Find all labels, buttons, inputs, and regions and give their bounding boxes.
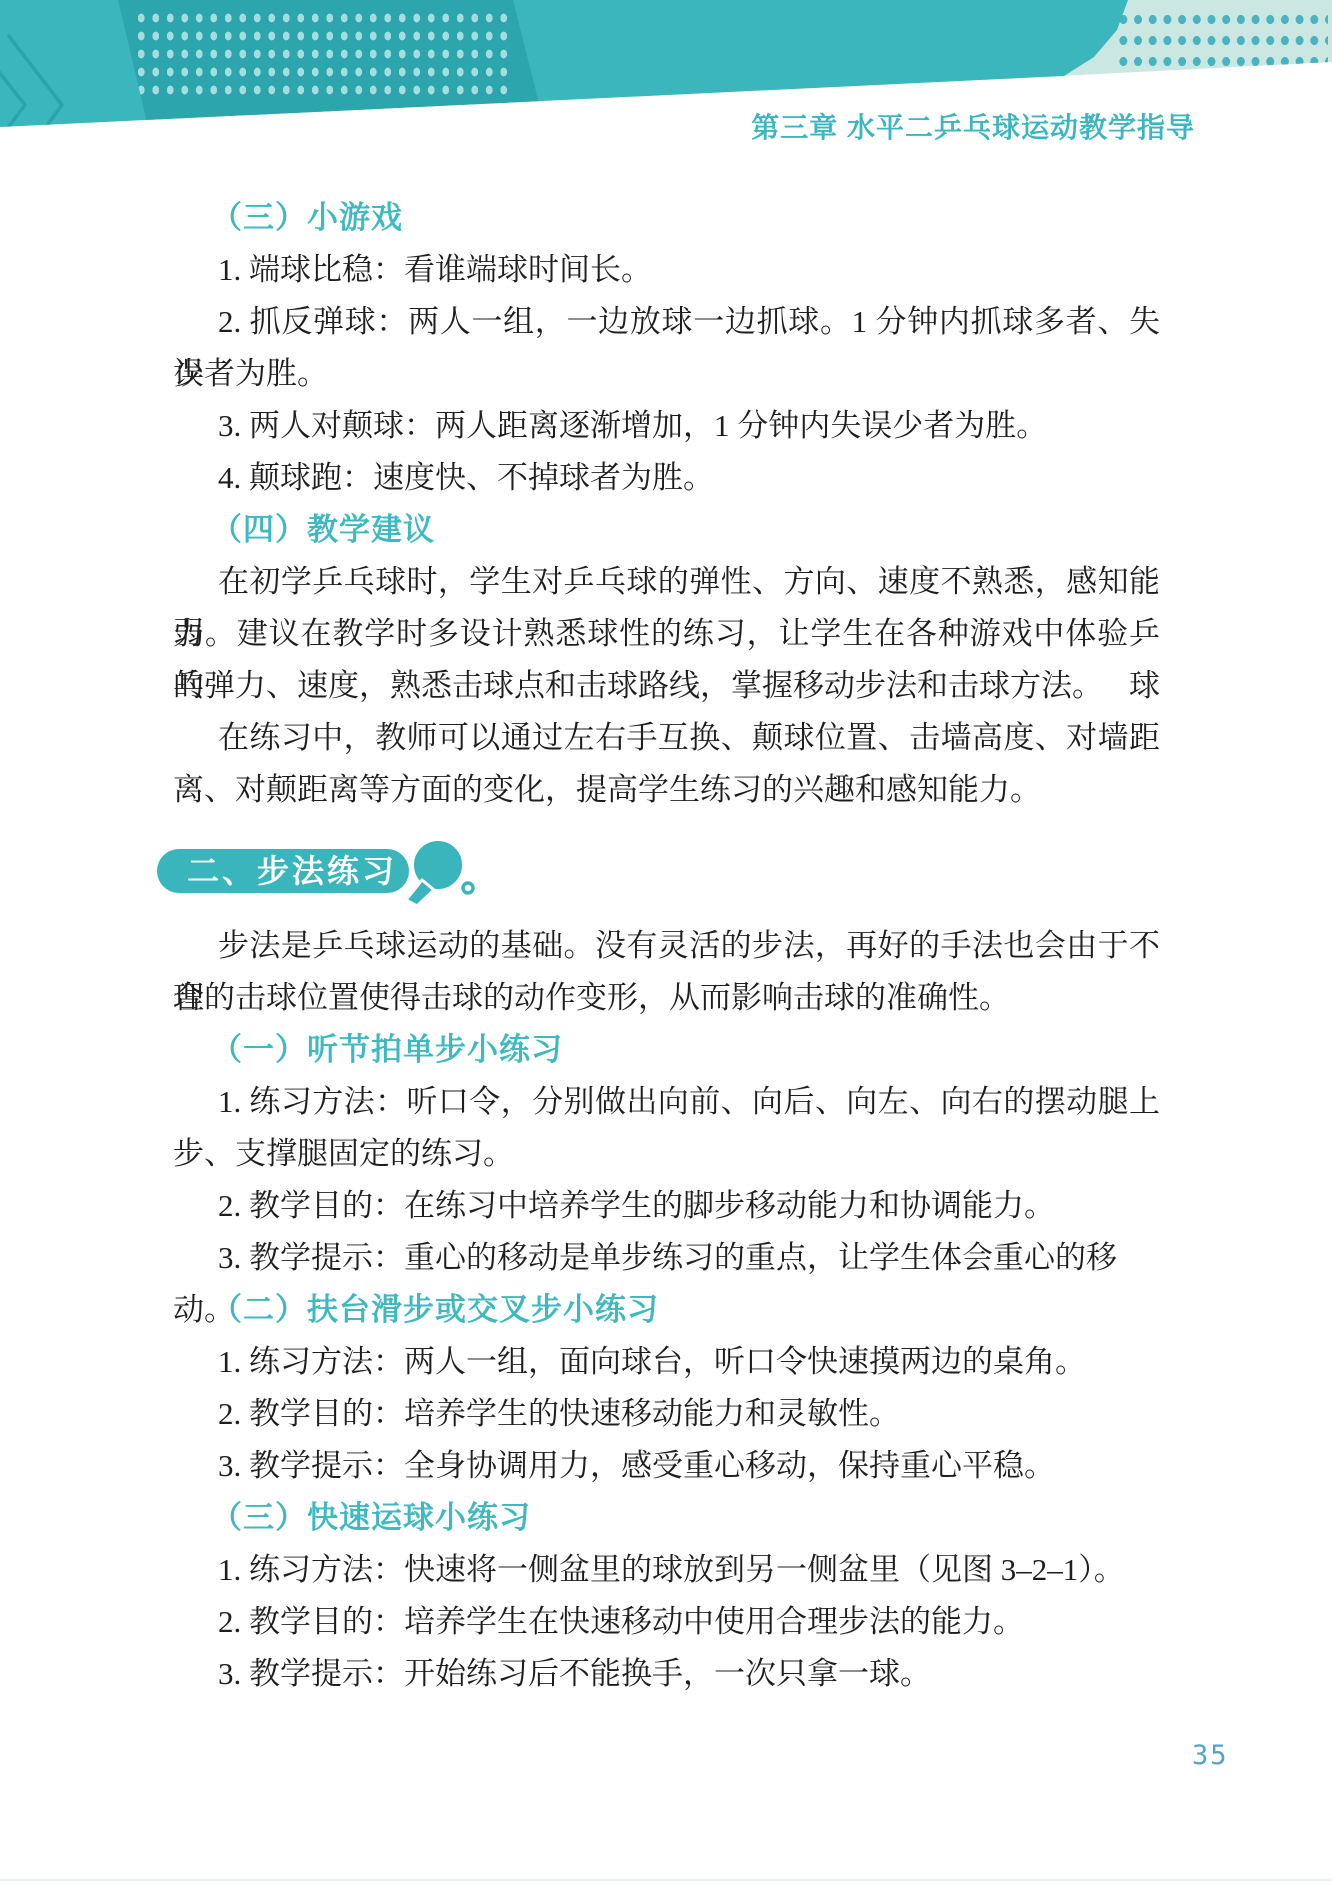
- content-section-bottom: 步法是乒乓球运动的基础。没有灵活的步法，再好的手法也会由于不合理的击球位置使得击…: [173, 920, 1160, 1700]
- text-line: 在初学乒乓球时，学生对乒乓球的弹性、方向、速度不熟悉，感知能力: [173, 556, 1160, 608]
- text-line: 少者为胜。: [173, 348, 1160, 400]
- chapter-title: 第三章 水平二乒乓球运动教学指导: [751, 108, 1195, 148]
- text-line: 理的击球位置使得击球的动作变形，从而影响击球的准确性。: [173, 972, 1160, 1024]
- text-line: 2. 教学目的：培养学生的快速移动能力和灵敏性。: [173, 1388, 1160, 1440]
- section-heading: （一）听节拍单步小练习: [173, 1024, 1160, 1076]
- dot-pattern-left: [110, 0, 555, 135]
- text-line: 3. 两人对颠球：两人距离逐渐增加，1 分钟内失误少者为胜。: [173, 400, 1160, 452]
- text-line: 步法是乒乓球运动的基础。没有灵活的步法，再好的手法也会由于不合: [173, 920, 1160, 972]
- text-line: 弱。建议在教学时多设计熟悉球性的练习，让学生在各种游戏中体验乒乓球: [173, 608, 1160, 660]
- page: 第三章 水平二乒乓球运动教学指导 （三）小游戏1. 端球比稳：看谁端球时间长。2…: [0, 0, 1332, 1885]
- text-line: 离、对颠距离等方面的变化，提高学生练习的兴趣和感知能力。: [173, 764, 1160, 816]
- section-banner-title: 二、步法练习: [157, 849, 409, 894]
- ping-pong-paddle-icon: [398, 838, 490, 908]
- page-number: 35: [1192, 1740, 1229, 1771]
- text-line: 3. 教学提示：重心的移动是单步练习的重点，让学生体会重心的移动。: [173, 1232, 1160, 1284]
- section-heading: （三）小游戏: [173, 192, 1160, 244]
- section-heading: （二）扶台滑步或交叉步小练习: [173, 1284, 1160, 1336]
- text-line: 2. 抓反弹球：两人一组，一边放球一边抓球。1 分钟内抓球多者、失误: [173, 296, 1160, 348]
- content-section-top: （三）小游戏1. 端球比稳：看谁端球时间长。2. 抓反弹球：两人一组，一边放球一…: [173, 192, 1160, 816]
- chevron-decoration-icon: [0, 30, 120, 200]
- text-line: 1. 练习方法：听口令，分别做出向前、向后、向左、向右的摆动腿上: [173, 1076, 1160, 1128]
- text-line: 3. 教学提示：全身协调用力，感受重心移动，保持重心平稳。: [173, 1440, 1160, 1492]
- text-line: 1. 端球比稳：看谁端球时间长。: [173, 244, 1160, 296]
- section-banner: 二、步法练习: [157, 849, 409, 893]
- section-heading: （三）快速运球小练习: [173, 1492, 1160, 1544]
- page-header: 第三章 水平二乒乓球运动教学指导: [0, 0, 1332, 200]
- text-line: 4. 颠球跑：速度快、不掉球者为胜。: [173, 452, 1160, 504]
- text-line: 2. 教学目的：培养学生在快速移动中使用合理步法的能力。: [173, 1596, 1160, 1648]
- bottom-rule: [0, 1879, 1332, 1881]
- text-line: 的弹力、速度，熟悉击球点和击球路线，掌握移动步法和击球方法。: [173, 660, 1160, 712]
- text-line: 2. 教学目的：在练习中培养学生的脚步移动能力和协调能力。: [173, 1180, 1160, 1232]
- text-line: 步、支撑腿固定的练习。: [173, 1128, 1160, 1180]
- text-line: 1. 练习方法：两人一组，面向球台，听口令快速摸两边的桌角。: [173, 1336, 1160, 1388]
- section-heading: （四）教学建议: [173, 504, 1160, 556]
- text-line: 1. 练习方法：快速将一侧盆里的球放到另一侧盆里（见图 3–2–1）。: [173, 1544, 1160, 1596]
- text-line: 在练习中，教师可以通过左右手互换、颠球位置、击墙高度、对墙距: [173, 712, 1160, 764]
- text-line: 3. 教学提示：开始练习后不能换手，一次只拿一球。: [173, 1648, 1160, 1700]
